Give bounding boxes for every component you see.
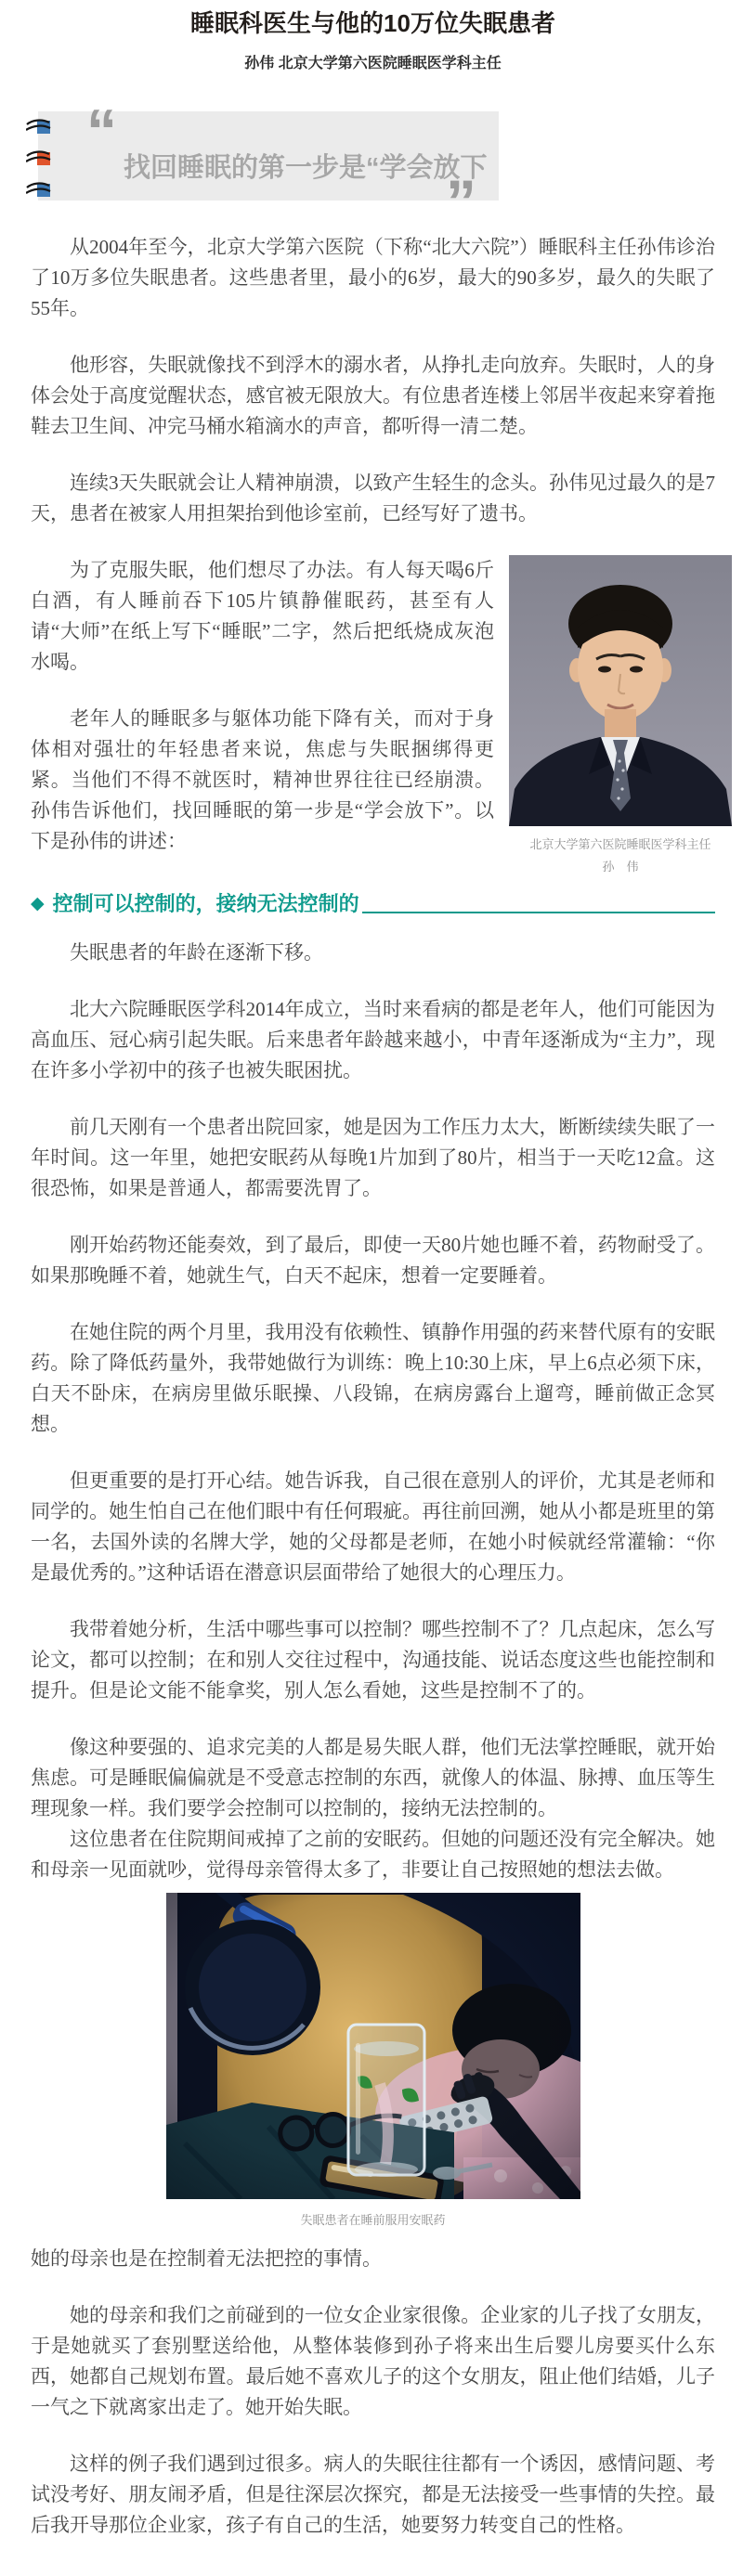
pull-quote-text: 找回睡眠的第一步是“学会放下 <box>124 147 488 185</box>
paragraph: 像这种要强的、追求完美的人都是易失眠人群，他们无法掌控睡眠，就开始焦虑。可是睡眠… <box>31 1732 715 1824</box>
sleep-wave-icon-blue-1 <box>26 119 52 135</box>
paragraph: 但更重要的是打开心结。她告诉我，自己很在意别人的评价，尤其是老师和同学的。她生怕… <box>31 1466 715 1588</box>
page-subtitle: 孙伟 北京大学第六医院睡眠医学科主任 <box>40 54 706 74</box>
paragraph: 连续3天失眠就会让人精神崩溃，以致产生轻生的念头。孙伟见过最久的是7天，患者在被… <box>31 468 715 529</box>
paragraph: 前几天刚有一个患者出院回家，她是因为工作压力太大，断断续续失眠了一年时间。这一年… <box>31 1112 715 1204</box>
diamond-bullet-icon: ◆ <box>31 891 45 917</box>
insomnia-photo <box>166 1893 580 2199</box>
article-content: 睡眠科医生与他的10万位失眠患者 孙伟 北京大学第六医院睡眠医学科主任 “ 找回… <box>0 7 743 2576</box>
section-heading-text: 控制可以控制的，接纳无法控制的 <box>53 891 359 917</box>
section-heading-rule <box>362 912 715 913</box>
insomnia-photo-caption: 失眠患者在睡前服用安眠药 <box>166 2212 580 2229</box>
paragraph: 他形容，失眠就像找不到浮木的溺水者，从挣扎走向放弃。失眠时，人的身体会处于高度觉… <box>31 350 715 442</box>
sleep-wave-icon-blue-2 <box>26 182 52 198</box>
close-quote-mark: ” <box>446 171 476 232</box>
paragraph: 她的母亲也是在控制着无法把控的事情。 <box>31 2244 715 2274</box>
paragraph: 在她住院的两个月里，我用没有依赖性、镇静作用强的药来替代原有的安眠药。除了降低药… <box>31 1317 715 1440</box>
paragraph: 她的母亲和我们之前碰到的一位女企业家很像。企业家的儿子找了女朋友，于是她就买了套… <box>31 2300 715 2423</box>
paragraph: 刚开始药物还能奏效，到了最后，即使一天80片她也睡不着，药物耐受了。如果那晚睡不… <box>31 1230 715 1291</box>
doctor-photo-caption-line2: 孙 伟 <box>509 856 732 878</box>
doctor-photo-caption-line1: 北京大学第六医院睡眠医学科主任 <box>509 834 732 856</box>
paragraph: 这位患者在住院期间戒掉了之前的安眠药。但她的问题还没有完全解决。她和母亲一见面就… <box>31 1824 715 1885</box>
paragraph: 从2004年至今，北京大学第六医院（下称“北大六院”）睡眠科主任孙伟诊治了10万… <box>31 232 715 324</box>
article-page: 睡眠科医生与他的10万位失眠患者 孙伟 北京大学第六医院睡眠医学科主任 “ 找回… <box>0 0 743 2576</box>
doctor-portrait-photo <box>509 555 732 826</box>
paragraph: 这样的例子我们遇到过很多。病人的失眠往往都有一个诱因，感情问题、考试没考好、朋友… <box>31 2449 715 2541</box>
doctor-portrait-block: 北京大学第六医院睡眠医学科主任 孙 伟 <box>509 555 732 878</box>
open-quote-mark: “ <box>86 100 117 162</box>
page-title: 睡眠科医生与他的10万位失眠患者 <box>40 7 706 39</box>
paragraph: 北大六院睡眠医学科2014年成立，当时来看病的都是老年人，他们可能因为高血压、冠… <box>31 994 715 1086</box>
pull-quote-box: “ 找回睡眠的第一步是“学会放下 ” <box>38 111 499 201</box>
paragraph: 失眠患者的年龄在逐渐下移。 <box>31 938 715 968</box>
insomnia-photo-block: 失眠患者在睡前服用安眠药 <box>166 1893 580 2229</box>
section-heading: ◆ 控制可以控制的，接纳无法控制的 <box>31 884 715 917</box>
sleep-wave-icon-orange <box>26 150 52 166</box>
paragraph: 我带着她分析，生活中哪些事可以控制？哪些控制不了？几点起床，怎么写论文，都可以控… <box>31 1614 715 1706</box>
